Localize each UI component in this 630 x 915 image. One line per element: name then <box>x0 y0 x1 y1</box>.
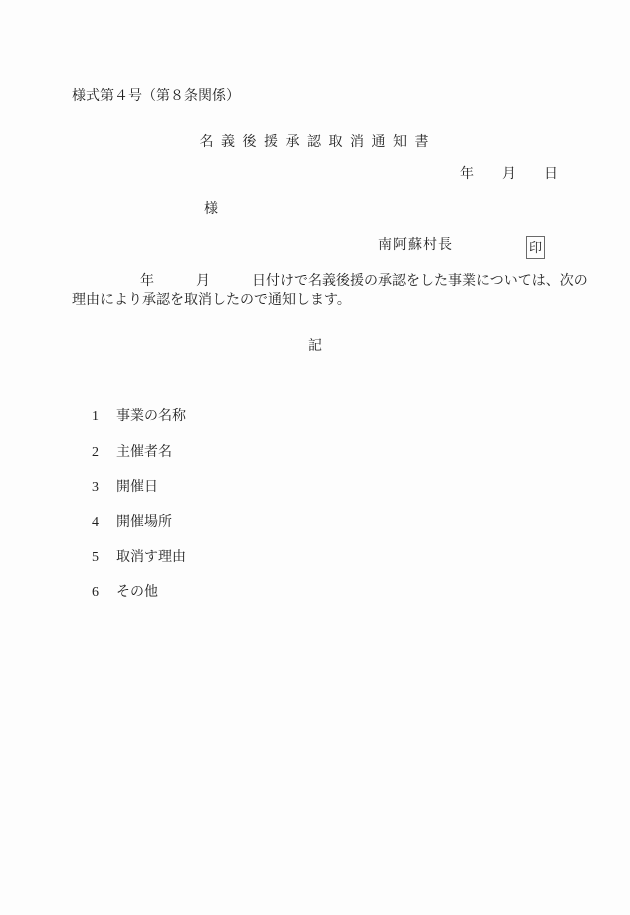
list-item-number: 1 <box>92 409 116 425</box>
list-item-number: 5 <box>92 550 116 566</box>
section-marker-ki: 記 <box>0 339 630 355</box>
list-item-label: 主催者名 <box>116 445 172 460</box>
issue-date-placeholder: 年 月 日 <box>460 167 558 183</box>
document-title: 名 義 後 援 承 認 取 消 通 知 書 <box>0 135 630 151</box>
list-item-number: 6 <box>92 585 116 601</box>
list-item: 6その他 <box>78 569 158 617</box>
form-number: 様式第４号（第８条関係） <box>72 89 240 105</box>
list-item-label: 開催日 <box>116 480 158 495</box>
body-paragraph-line1: 年 月 日付けで名義後援の承認をした事業については、次の <box>140 274 588 290</box>
list-item-number: 4 <box>92 515 116 531</box>
addressee-honorific: 様 <box>204 202 218 218</box>
list-item-number: 2 <box>92 445 116 461</box>
cancellation-notice-form: 様式第４号（第８条関係） 名 義 後 援 承 認 取 消 通 知 書 年 月 日… <box>0 0 630 915</box>
list-item-label: 事業の名称 <box>116 409 186 424</box>
list-item-number: 3 <box>92 480 116 496</box>
list-item-label: 取消す理由 <box>116 550 186 565</box>
seal-placeholder: 印 <box>526 236 545 259</box>
list-item-label: 開催場所 <box>116 515 172 530</box>
sender-title: 南阿蘇村長 <box>378 238 453 254</box>
body-paragraph-line2: 理由により承認を取消したので通知します。 <box>72 293 351 309</box>
list-item-label: その他 <box>116 585 158 600</box>
